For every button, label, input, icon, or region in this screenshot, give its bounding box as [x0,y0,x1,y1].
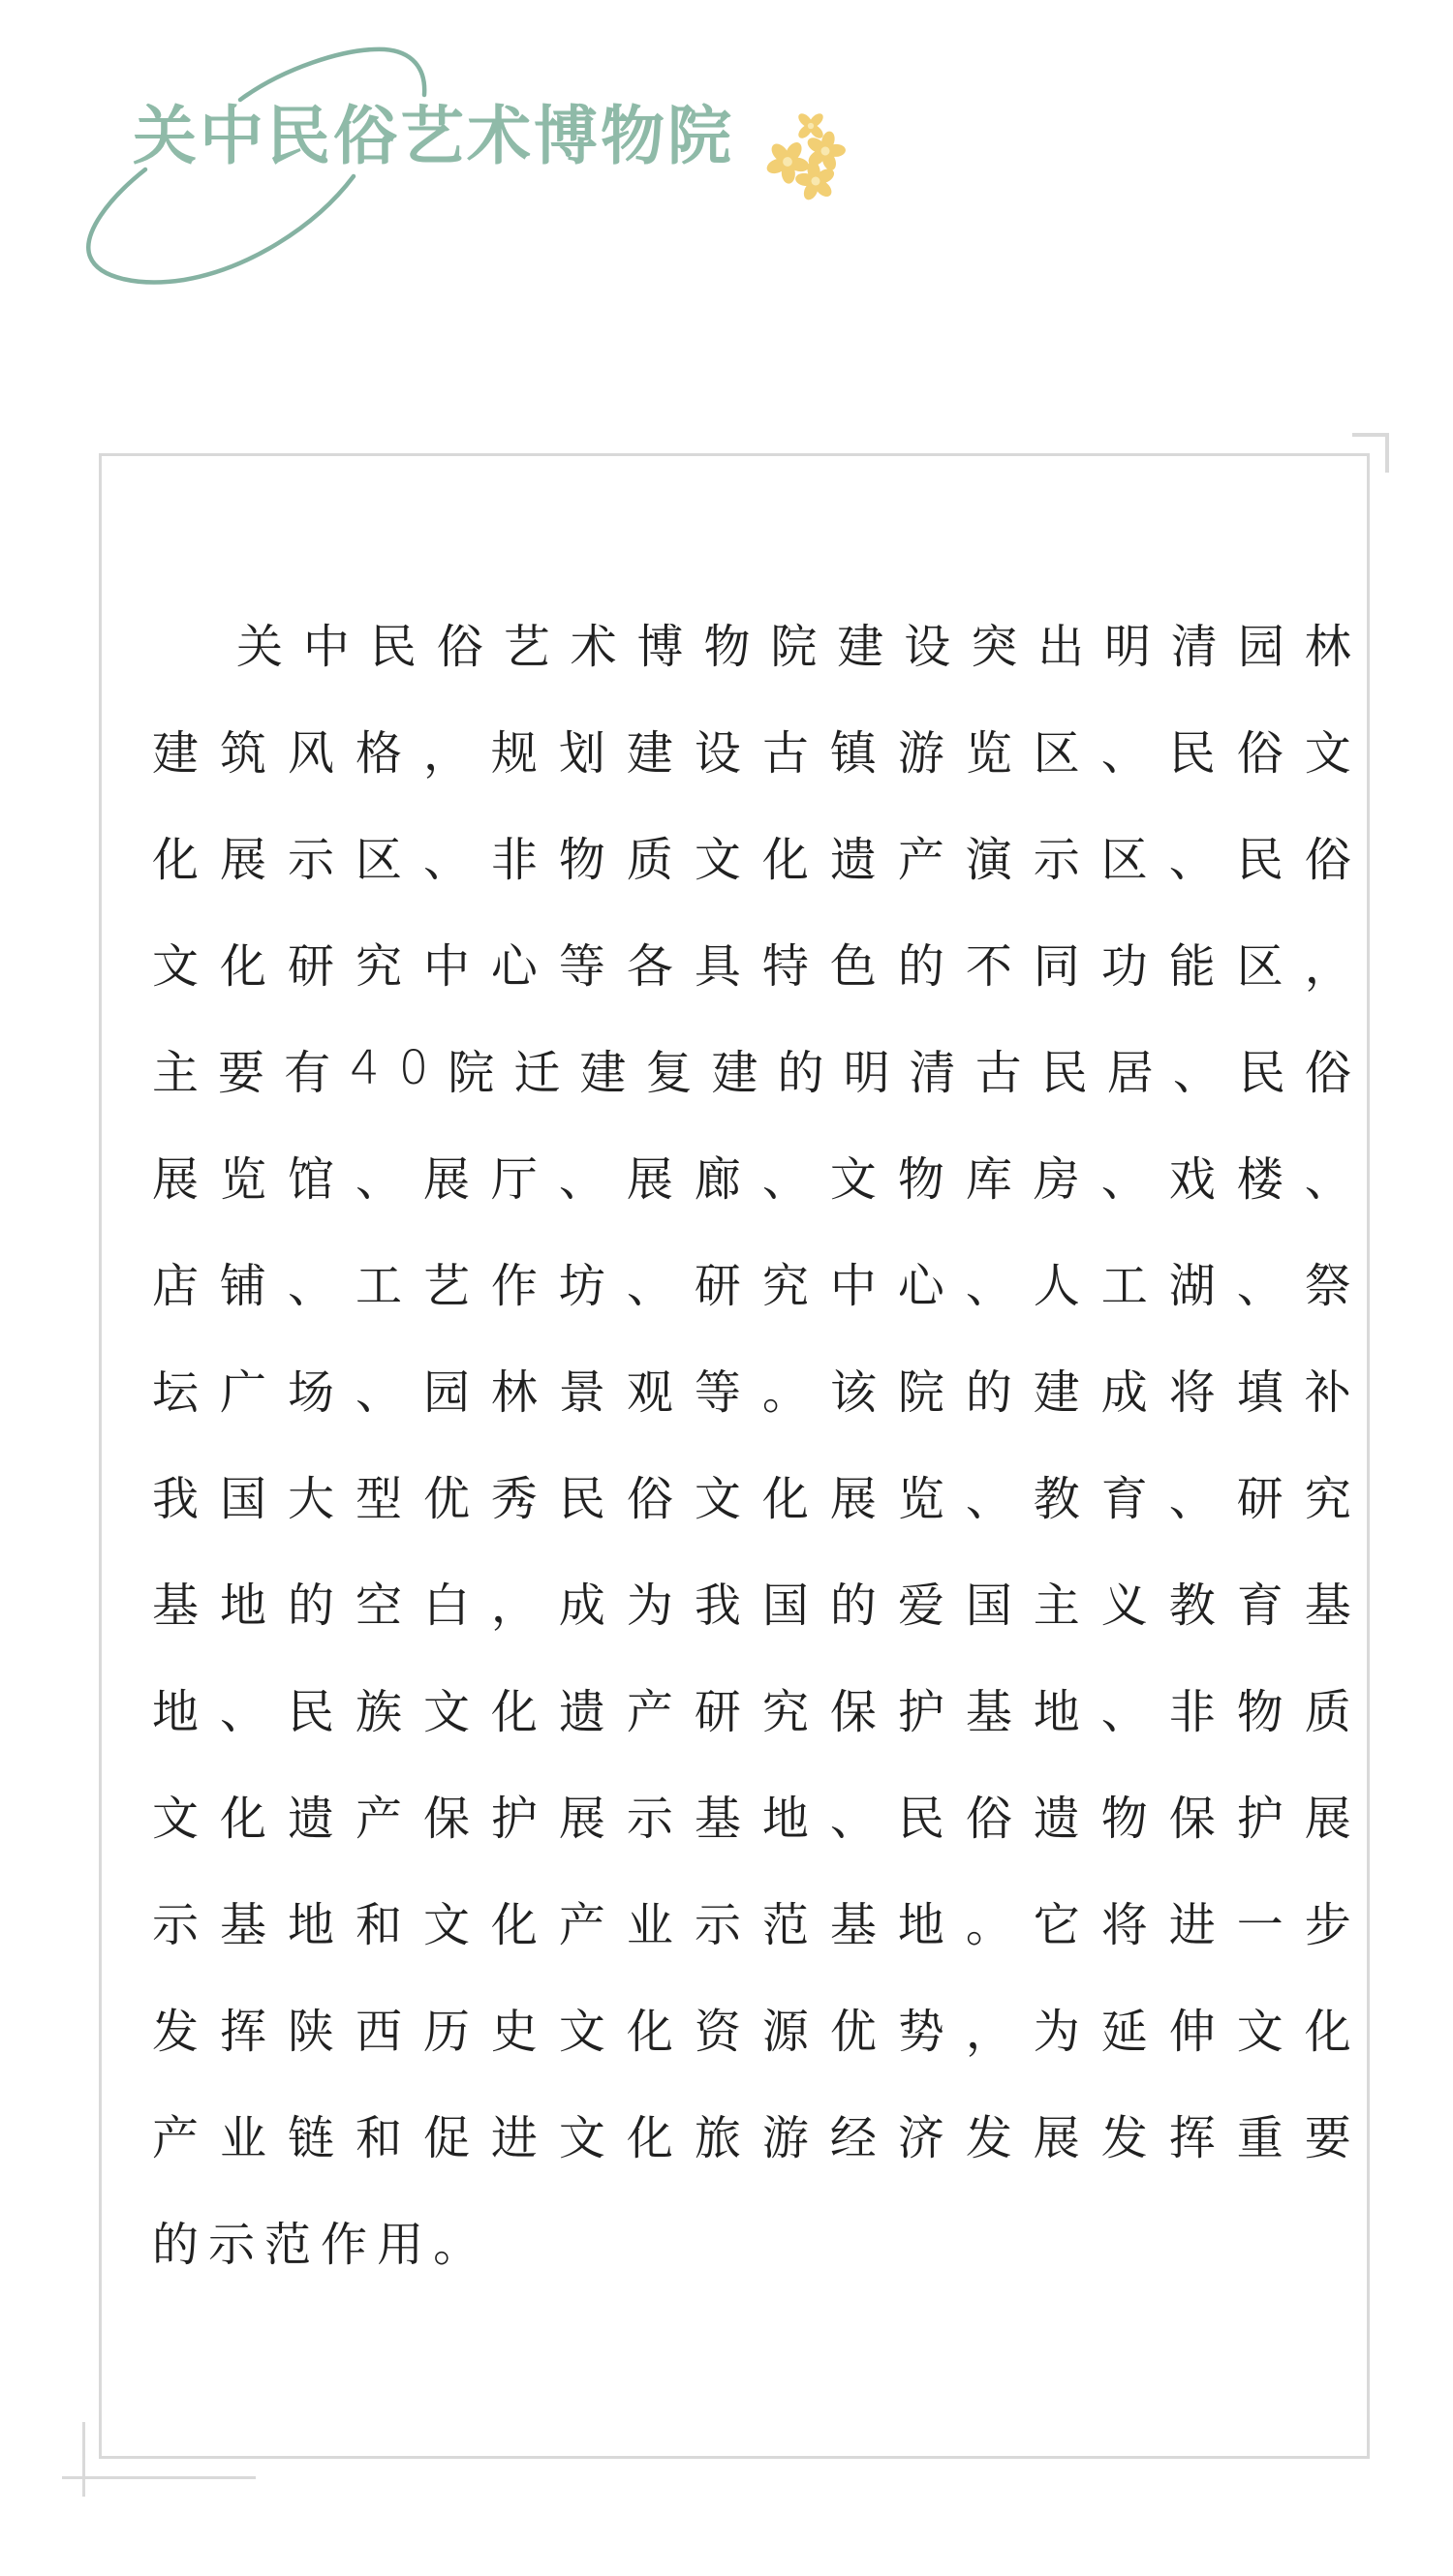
text-line: 展览馆、展厅、展廊、文物库房、戏楼、 [152,1121,1351,1228]
header: 关中民俗艺术博物院 [0,0,1453,320]
text-line: 我国大型优秀民俗文化展览、教育、研究 [152,1441,1351,1548]
text-line: 基地的空白，成为我国的爱国主义教育基 [152,1548,1351,1654]
text-line: 文化遗产保护展示基地、民俗遗物保护展 [152,1761,1351,1867]
text-line: 文化研究中心等各具特色的不同功能区， [152,908,1351,1015]
text-line: 地、民族文化遗产研究保护基地、非物质 [152,1654,1351,1761]
text-line: 店铺、工艺作坊、研究中心、人工湖、祭 [152,1228,1351,1334]
text-line: 的示范作用。 [152,2187,1351,2293]
corner-cross-bottom-left-horizontal [62,2476,256,2479]
corner-cross-bottom-left-vertical [82,2422,85,2497]
article-page: 关中民俗艺术博物院 [0,0,1453,2576]
article-text: 关中民俗艺术博物院建设突出明清园林建筑风格，规划建设古镇游览区、民俗文化展示区、… [152,589,1351,2293]
text-line: 化展示区、非物质文化遗产演示区、民俗 [152,802,1351,908]
text-line: 关中民俗艺术博物院建设突出明清园林 [152,589,1351,695]
flowers-icon [744,100,870,211]
page-title: 关中民俗艺术博物院 [133,101,734,172]
text-line: 坛广场、园林景观等。该院的建成将填补 [152,1334,1351,1441]
text-line: 产业链和促进文化旅游经济发展发挥重要 [152,2080,1351,2187]
text-line: 建筑风格，规划建设古镇游览区、民俗文 [152,695,1351,802]
text-line: 发挥陕西历史文化资源优势，为延伸文化 [152,1974,1351,2080]
text-line: 主要有40院迁建复建的明清古民居、民俗 [152,1015,1351,1121]
text-line: 示基地和文化产业示范基地。它将进一步 [152,1867,1351,1974]
